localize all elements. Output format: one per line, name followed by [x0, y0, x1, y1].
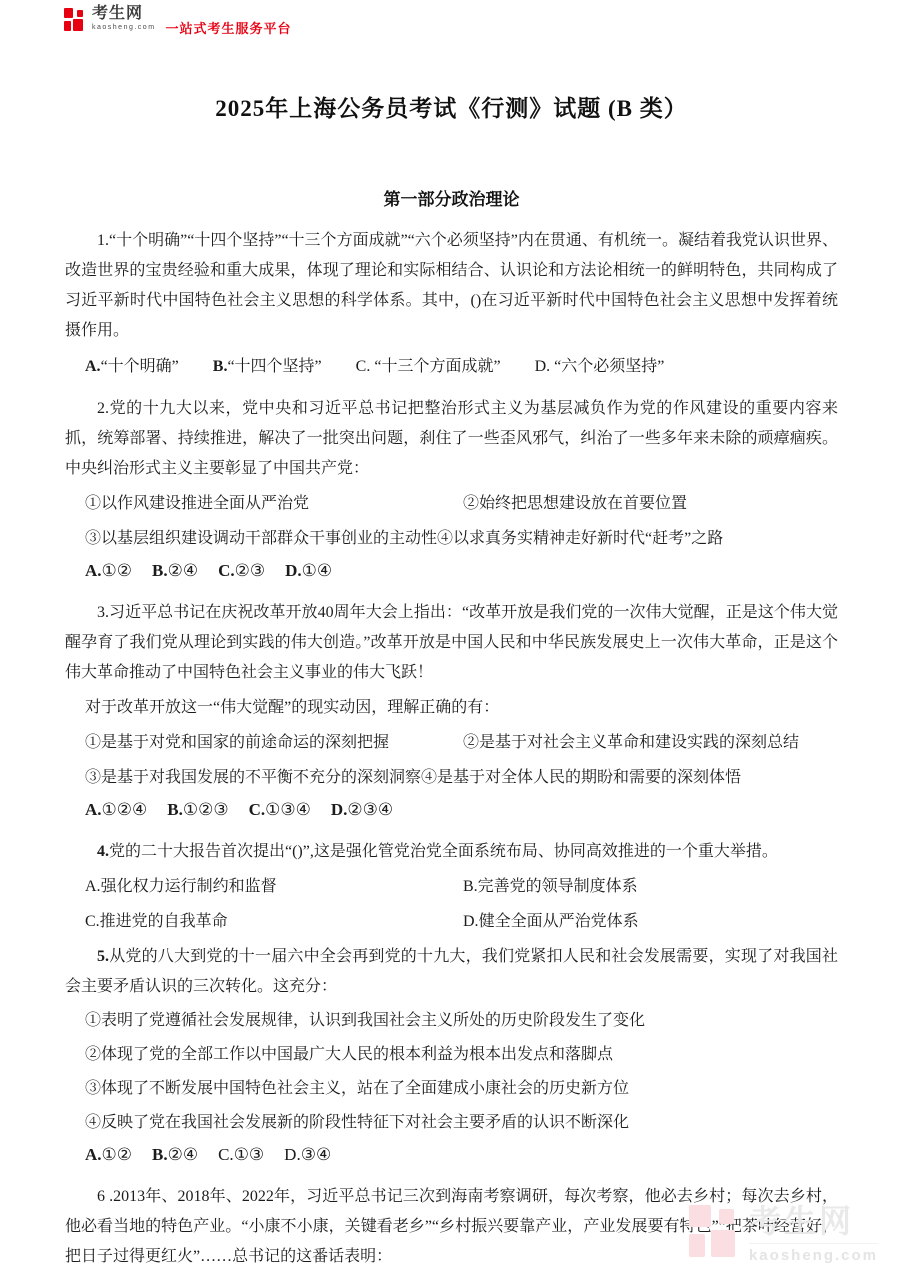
watermark-name: 考生网: [749, 1205, 878, 1237]
watermark-text: 考生网 kaosheng.com: [749, 1205, 878, 1263]
q3-item-1: ①是基于对党和国家的前途命运的深刻把握: [85, 728, 463, 758]
q2-answer-b-text: ②④: [168, 561, 198, 580]
q5-item-4: ④反映了党在我国社会发展新的阶段性特征下对社会主要矛盾的认识不断深化: [65, 1108, 838, 1138]
q2-answer-b-key: B.: [152, 561, 168, 580]
q3-answer-c-text: ①③④: [265, 800, 311, 819]
question-5-answers: A.①② B.②④ C.①③ D.③④: [65, 1140, 838, 1170]
q1-option-c-text: “十三个方面成就”: [374, 358, 500, 375]
question-3-text: 3.习近平总书记在庆祝改革开放40周年大会上指出：“改革开放是我们党的一次伟大觉…: [65, 598, 838, 688]
q4-option-d-key: D.: [463, 913, 479, 930]
q3-answer-a-text: ①②④: [102, 800, 148, 819]
watermark-domain: kaosheng.com: [749, 1243, 878, 1263]
question-2-answers: A.①② B.②④ C.②③ D.①④: [65, 556, 838, 586]
q4-option-d-text: 健全全面从严治党体系: [479, 913, 639, 930]
q4-body: 党的二十大报告首次提出“()”,这是强化管党治党全面系统布局、协同高效推进的一个…: [109, 843, 778, 860]
q5-answer-b-key: B.: [152, 1145, 168, 1164]
question-1-text: 1.“十个明确”“十四个坚持”“十三个方面成就”“六个必须坚持”内在贯通、有机统…: [65, 226, 838, 346]
question-3-items-row2: ③是基于对我国发展的不平衡不充分的深刻洞察④是基于对全体人民的期盼和需要的深刻体…: [65, 763, 838, 793]
q3-answer-c-key: C.: [249, 800, 266, 819]
q3-answer-d-key: D.: [331, 800, 348, 819]
q3-answer-a: A.①②④: [85, 795, 147, 825]
q2-answer-a-text: ①②: [102, 561, 132, 580]
q1-option-c: C. “十三个方面成就”: [356, 352, 501, 382]
q4-option-b-key: B.: [463, 878, 478, 895]
q1-option-b-key: B.: [213, 358, 228, 375]
question-4-text: 4.党的二十大报告首次提出“()”,这是强化管党治党全面系统布局、协同高效推进的…: [65, 837, 838, 867]
logo-slogan: 一站式考生服务平台: [166, 18, 292, 37]
q3-answer-b: B.①②③: [167, 795, 228, 825]
question-2-items-row1: ①以作风建设推进全面从严治党 ②始终把思想建设放在首要位置: [65, 489, 838, 519]
q2-answer-a-key: A.: [85, 561, 102, 580]
q4-option-c-text: 推进党的自我革命: [100, 913, 228, 930]
q5-item-3: ③体现了不断发展中国特色社会主义，站在了全面建成小康社会的历史新方位: [65, 1074, 838, 1104]
q5-answer-d-key: D.: [284, 1145, 301, 1164]
q3-answer-b-key: B.: [167, 800, 183, 819]
question-2-items-row2: ③以基层组织建设调动干部群众干事创业的主动性④以求真务实精神走好新时代“赶考”之…: [65, 524, 838, 554]
question-1-options: A.“十个明确” B.“十四个坚持” C. “十三个方面成就” D. “六个必须…: [65, 352, 838, 382]
q1-option-a-text: “十个明确”: [101, 358, 179, 375]
question-3-answers: A.①②④ B.①②③ C.①③④ D.②③④: [65, 795, 838, 825]
q3-item-2: ②是基于对社会主义革命和建设实践的深刻总结: [463, 728, 838, 758]
document-page: 考生网 kaosheng.com 一站式考生服务平台 2025年上海公务员考试《…: [0, 0, 900, 1273]
section-heading: 第一部分政治理论: [65, 185, 838, 210]
q1-option-a: A.“十个明确”: [85, 352, 179, 382]
q5-body: 从党的八大到党的十一届六中全会再到党的十九大，我们党紧扣人民和社会发展需要，实现…: [65, 948, 838, 995]
kaosheng-logo-icon: [64, 8, 86, 33]
question-2-text: 2.党的十九大以来，党中央和习近平总书记把整治形式主义为基层减负作为党的作风建设…: [65, 394, 838, 484]
q2-answer-c-key: C.: [218, 561, 235, 580]
kaosheng-watermark: 考生网 kaosheng.com: [689, 1205, 878, 1263]
q3-answer-c: C.①③④: [249, 795, 311, 825]
q5-number: 5.: [97, 948, 109, 965]
kaosheng-logo[interactable]: 考生网 kaosheng.com 一站式考生服务平台: [64, 6, 292, 37]
q4-option-a: A.强化权力运行制约和监督: [85, 872, 463, 902]
q3-answer-d: D.②③④: [331, 795, 393, 825]
q1-option-d-text: “六个必须坚持”: [554, 358, 664, 375]
q2-answer-c-text: ②③: [235, 561, 265, 580]
q1-option-d-key: D.: [535, 358, 551, 375]
q5-item-1: ①表明了党遵循社会发展规律，认识到我国社会主义所处的历史阶段发生了变化: [65, 1006, 838, 1036]
q1-option-d: D. “六个必须坚持”: [535, 352, 665, 382]
question-3-items-row1: ①是基于对党和国家的前途命运的深刻把握 ②是基于对社会主义革命和建设实践的深刻总…: [65, 728, 838, 758]
logo-domain: kaosheng.com: [92, 24, 156, 31]
q5-answer-b: B.②④: [152, 1140, 198, 1170]
q5-answer-d: D.③④: [284, 1140, 331, 1170]
q3-answer-d-text: ②③④: [347, 800, 393, 819]
q1-option-a-key: A.: [85, 358, 101, 375]
q2-answer-d-text: ①④: [302, 561, 332, 580]
q4-option-b: B.完善党的领导制度体系: [463, 872, 838, 902]
kaosheng-watermark-icon: [689, 1205, 741, 1261]
q5-item-2: ②体现了党的全部工作以中国最广大人民的根本利益为根本出发点和落脚点: [65, 1040, 838, 1070]
q4-option-b-text: 完善党的领导制度体系: [478, 878, 638, 895]
q2-answer-b: B.②④: [152, 556, 198, 586]
q2-answer-c: C.②③: [218, 556, 265, 586]
q2-answer-d-key: D.: [285, 561, 302, 580]
q5-answer-c: C.①③: [218, 1140, 264, 1170]
q5-answer-a: A.①②: [85, 1140, 132, 1170]
question-4-options-cd: C.推进党的自我革命 D.健全全面从严治党体系: [65, 907, 838, 937]
q2-answer-d: D.①④: [285, 556, 332, 586]
q4-option-c-key: C.: [85, 913, 100, 930]
q4-option-a-key: A.: [85, 878, 101, 895]
logo-text: 考生网 kaosheng.com: [92, 6, 156, 31]
question-3-subtext: 对于改革开放这一“伟大觉醒”的现实动因，理解正确的有：: [65, 693, 838, 723]
logo-name: 考生网: [92, 6, 156, 22]
q4-number: 4.: [97, 843, 109, 860]
question-4-options-ab: A.强化权力运行制约和监督 B.完善党的领导制度体系: [65, 872, 838, 902]
q5-answer-a-text: ①②: [102, 1145, 132, 1164]
q1-option-c-key: C.: [356, 358, 371, 375]
q3-answer-b-text: ①②③: [183, 800, 229, 819]
q4-option-c: C.推进党的自我革命: [85, 907, 463, 937]
q2-item-1: ①以作风建设推进全面从严治党: [85, 489, 463, 519]
q1-option-b-text: “十四个坚持”: [227, 358, 321, 375]
q2-item-2: ②始终把思想建设放在首要位置: [463, 489, 838, 519]
question-5-text: 5.从党的八大到党的十一届六中全会再到党的十九大，我们党紧扣人民和社会发展需要，…: [65, 942, 838, 1002]
q2-answer-a: A.①②: [85, 556, 132, 586]
q5-answer-c-key: C.: [218, 1145, 234, 1164]
document-title: 2025年上海公务员考试《行测》试题 (B 类）: [65, 90, 838, 123]
q5-answer-c-text: ①③: [234, 1145, 264, 1164]
q3-answer-a-key: A.: [85, 800, 102, 819]
exam-document: 2025年上海公务员考试《行测》试题 (B 类） 第一部分政治理论 1.“十个明…: [0, 90, 900, 1272]
site-header: 考生网 kaosheng.com 一站式考生服务平台: [0, 0, 900, 44]
q5-answer-b-text: ②④: [168, 1145, 198, 1164]
q1-option-b: B.“十四个坚持”: [213, 352, 322, 382]
q4-option-a-text: 强化权力运行制约和监督: [101, 878, 277, 895]
q4-option-d: D.健全全面从严治党体系: [463, 907, 838, 937]
q5-answer-a-key: A.: [85, 1145, 102, 1164]
q5-answer-d-text: ③④: [301, 1145, 331, 1164]
